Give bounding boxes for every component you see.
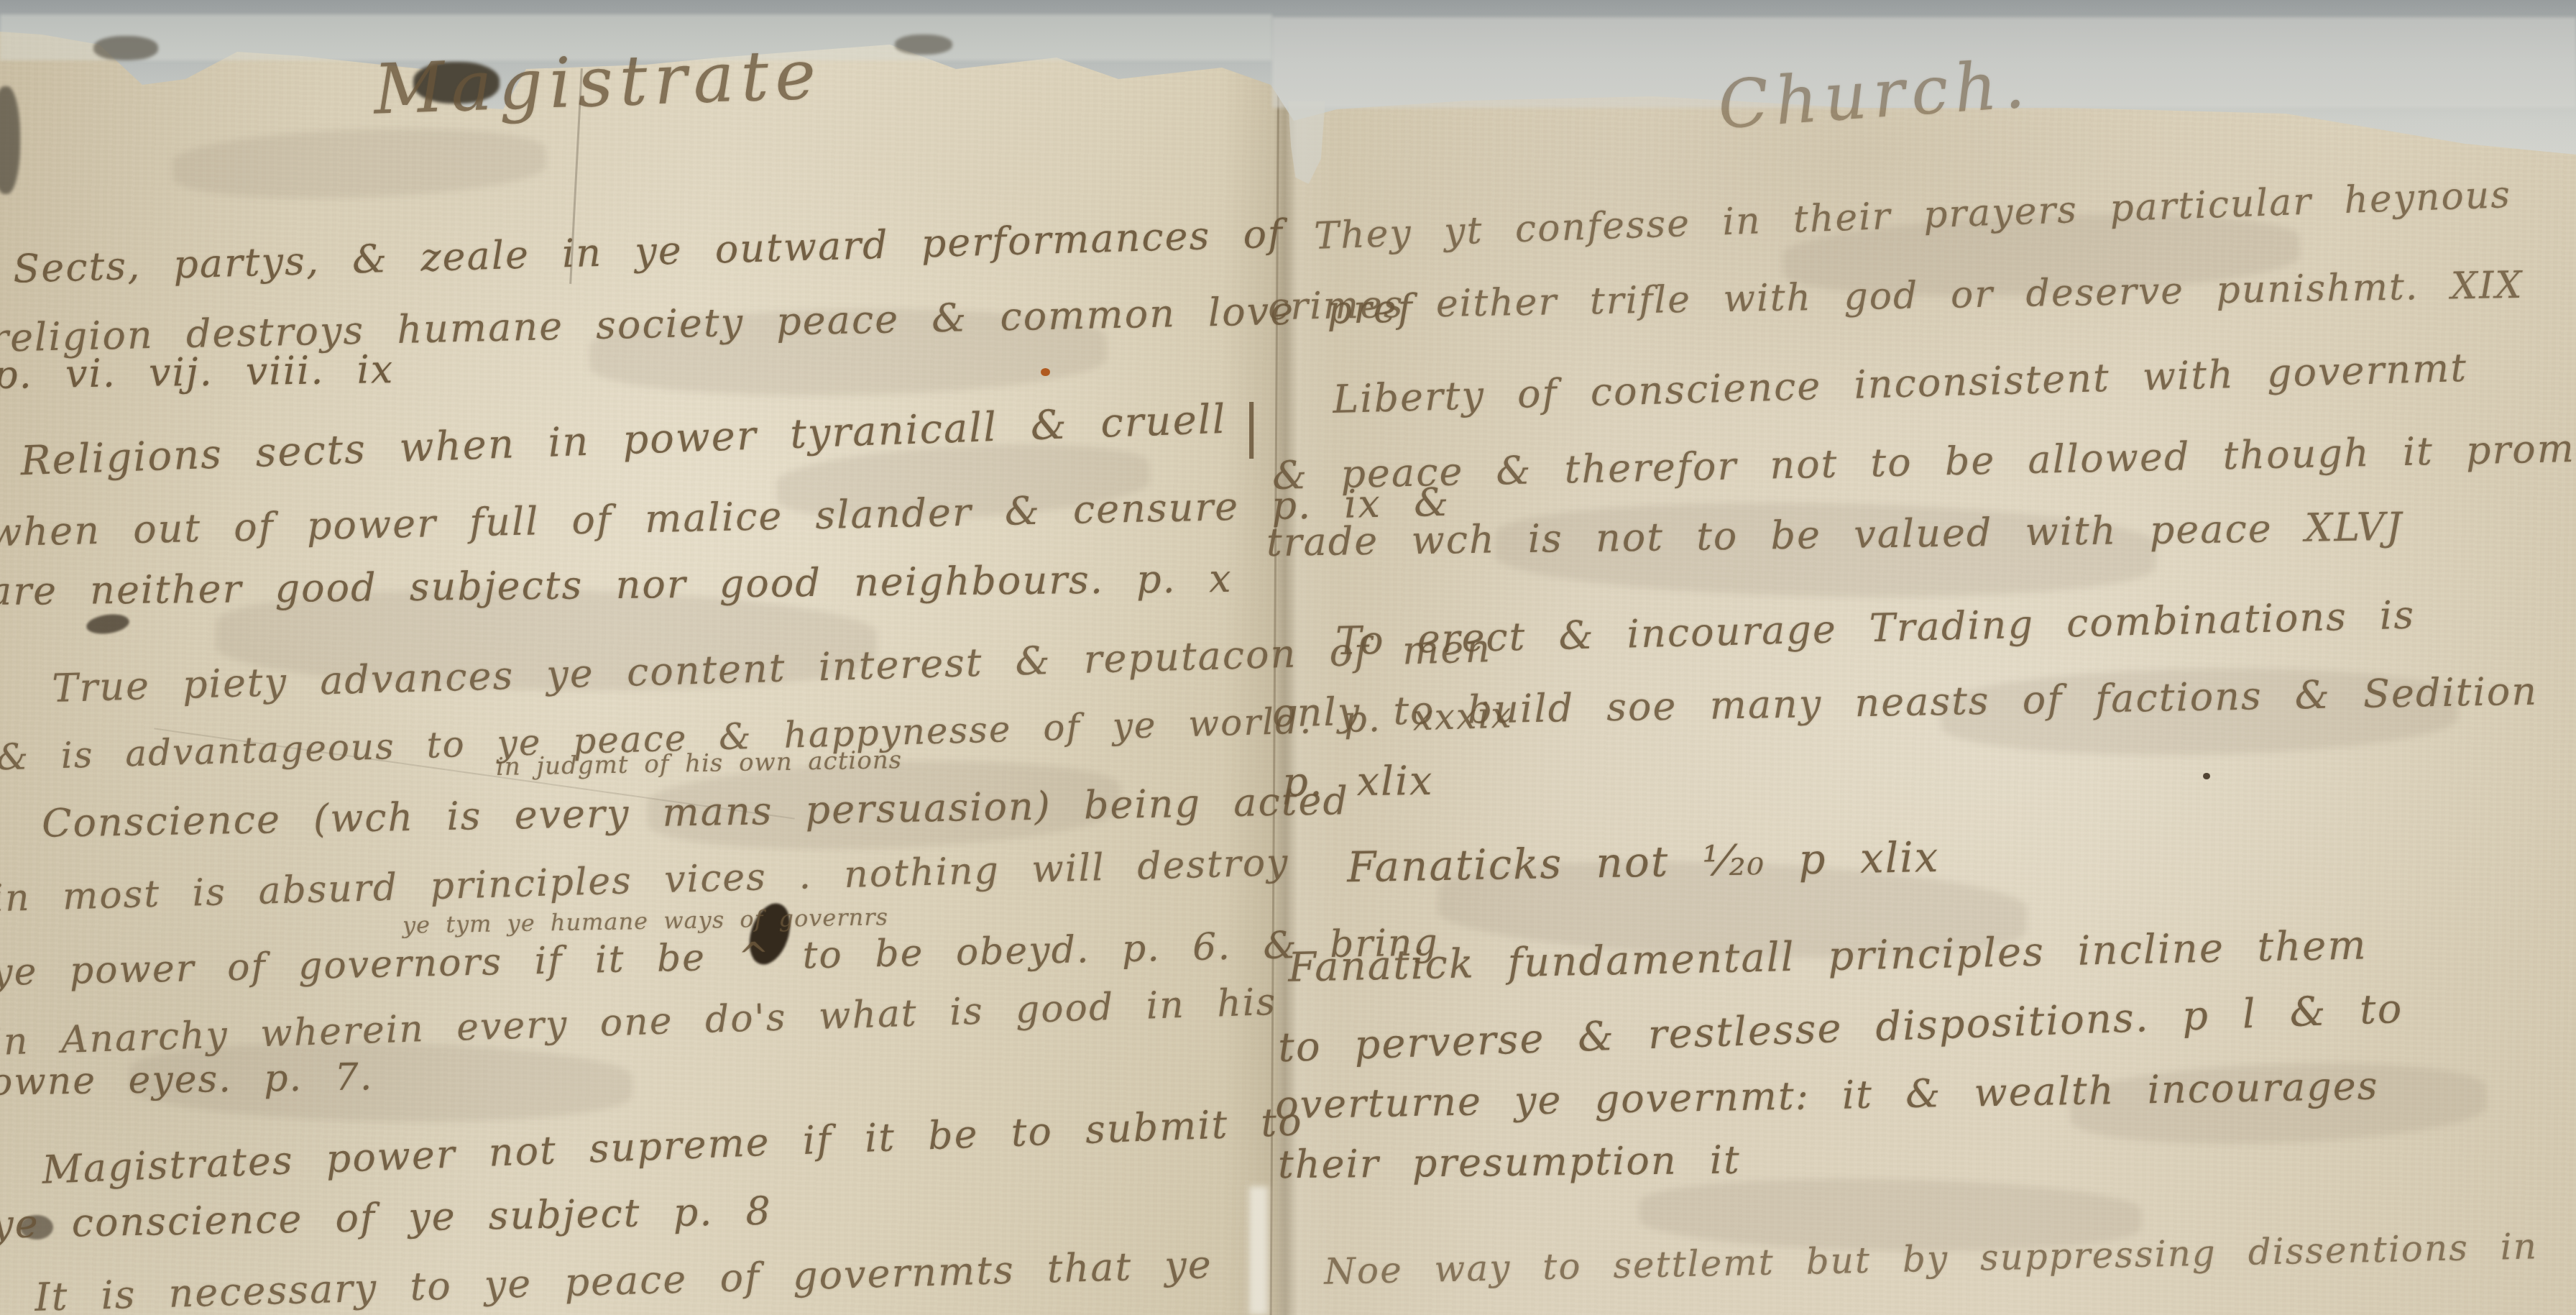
rust-fleck <box>1041 368 1050 376</box>
manuscript-line: their presumption it <box>1278 1137 1741 1188</box>
manuscript-line: owne eyes. p. 7. <box>0 1055 374 1104</box>
manuscript-line: p. xlix <box>1282 758 1434 806</box>
manuscript-line: Fanaticks not ¹⁄₂₀ p xlix <box>1346 833 1940 892</box>
page-gap <box>1249 1186 1268 1315</box>
margin-mark: | <box>1242 394 1261 459</box>
manuscript-line: p. vi. vij. viii. ix <box>0 347 395 398</box>
ink-speck <box>2203 773 2210 779</box>
manuscript-scan: Magistrate Sects, partys, & zeale in ye … <box>0 0 2576 1315</box>
edge-notch <box>93 36 158 60</box>
left-page-title: Magistrate <box>372 34 824 130</box>
edge-notch <box>895 35 952 55</box>
